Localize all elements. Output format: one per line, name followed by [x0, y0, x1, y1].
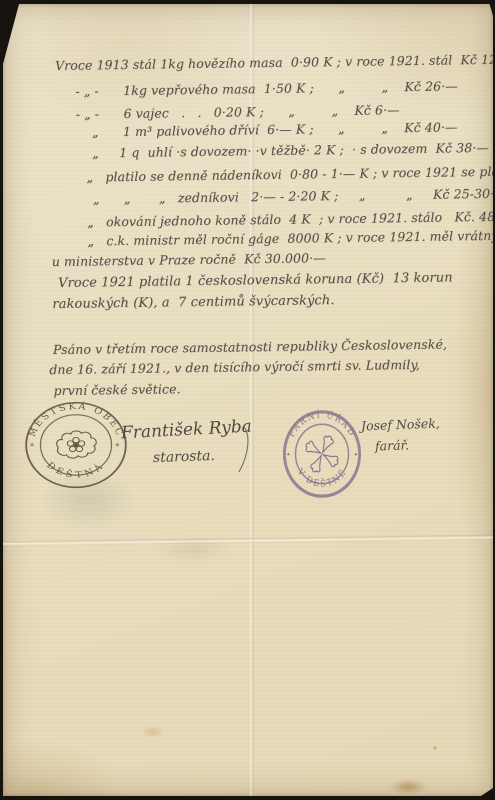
manuscript-line: Vroce 1921 platila 1 československá koru…	[58, 270, 453, 291]
signature-flourish	[237, 424, 257, 478]
manuscript-line: - „ - 1kg vepřového masa 1·50 K ; „ „ Kč…	[75, 78, 458, 98]
rose-shield-icon	[57, 431, 97, 458]
paper-sheet: Vroce 1913 stál 1kg hovězího masa 0·90 K…	[3, 4, 493, 796]
manuscript-line: „ okování jednoho koně stálo 4 K ; v roc…	[87, 209, 495, 230]
stamp-arc-bottom-label: V DEŠTNÉ	[294, 465, 349, 489]
manuscript-line: Vroce 1913 stál 1kg hovězího masa 0·90 K…	[55, 52, 495, 73]
manuscript-line: dne 16. září 1921., v den tisícího výroč…	[49, 357, 420, 377]
manuscript-line: Psáno v třetím roce samostatnosti republ…	[53, 337, 447, 357]
manuscript-line: - „ - 6 vajec . . 0·20 K ; „ „ Kč 6·—	[76, 102, 400, 122]
dot-separator-icon: •	[354, 449, 359, 460]
manuscript-line: „ 1 m³ palivového dříví 6·— K ; „ „ Kč 4…	[92, 119, 458, 139]
parish-stamp: FARNÍ ÚŘAD V DEŠTNÉ • •	[281, 408, 363, 500]
priest-signature: Josef Nošek,	[361, 416, 440, 434]
manuscript-line: rakouských (K), a 7 centimů švýcarských.	[52, 293, 334, 312]
dot-separator-icon: •	[286, 449, 291, 460]
mayor-signature-title: starosta.	[153, 448, 215, 466]
stamp-arc-bottom-label: DEŠTNÁ	[44, 460, 108, 481]
scanned-document: Vroce 1913 stál 1kg hovězího masa 0·90 K…	[0, 0, 495, 800]
manuscript-line: u ministerstva v Praze ročně Kč 30.000·—	[52, 250, 326, 269]
stamp-arc-top-label: MĚSTSKÁ OBEC	[26, 401, 126, 439]
star-icon: *	[30, 442, 34, 450]
handwritten-text-block: Vroce 1913 stál 1kg hovězího masa 0·90 K…	[2, 0, 495, 797]
manuscript-line: první české světice.	[53, 381, 180, 398]
manuscript-line: „ platilo se denně nádeníkovi 0·80 - 1·—…	[86, 162, 495, 184]
svg-text:DEŠTNÁ: DEŠTNÁ	[44, 460, 108, 481]
svg-text:V DEŠTNÉ: V DEŠTNÉ	[294, 465, 349, 489]
manuscript-line: „ „ „ zedníkovi 2·— - 2·20 K ; „ „ Kč 25…	[93, 186, 495, 207]
svg-text:MĚSTSKÁ OBEC: MĚSTSKÁ OBEC	[26, 401, 126, 439]
manuscript-line: „ c.k. ministr měl roční gáge 8000 K ; v…	[87, 228, 495, 249]
municipal-stamp: MĚSTSKÁ OBEC DEŠTNÁ * *	[23, 400, 129, 490]
manuscript-line: „ 1 q uhlí ·s dovozem· ·v těžbě· 2 K ; ·…	[92, 140, 489, 161]
star-icon: *	[115, 442, 119, 450]
priest-signature-title: farář.	[375, 437, 410, 453]
